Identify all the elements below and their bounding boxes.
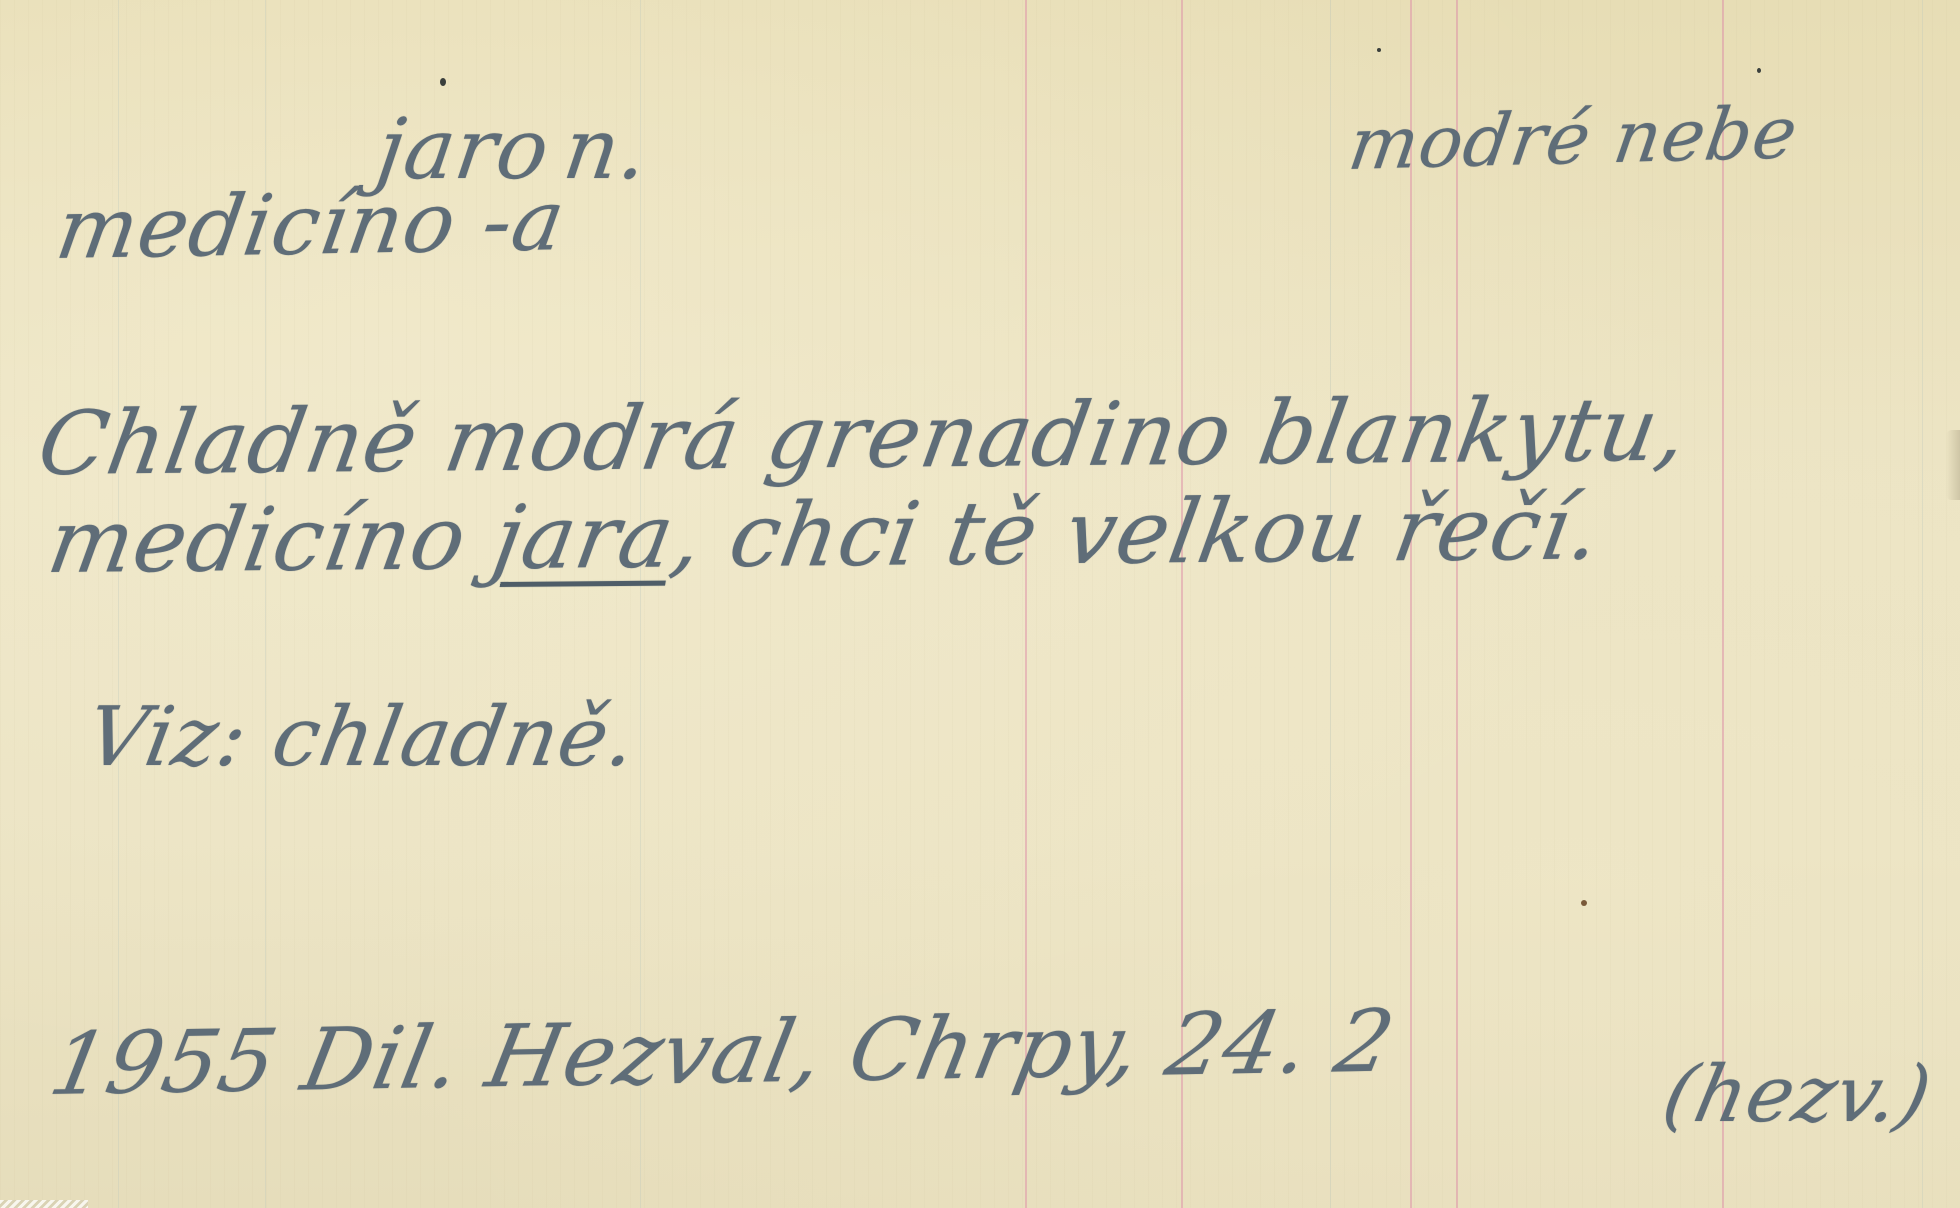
grammar-label: n. bbox=[558, 100, 655, 198]
underlined-headword: jara bbox=[486, 485, 682, 590]
quotation-line-2: medicíno jara, chci tě velkou řečí. bbox=[41, 476, 1608, 593]
collocation: modré nebe bbox=[1344, 90, 1804, 186]
ink-speck bbox=[1377, 48, 1381, 52]
ink-speck bbox=[1581, 900, 1587, 906]
variant-form: medicíno -a bbox=[50, 171, 572, 278]
card-edge-notch bbox=[1946, 430, 1960, 500]
author-abbreviation: (hezv.) bbox=[1655, 1050, 1939, 1140]
source-citation: 1955 Dil. Hezval, Chrpy, 24. 2 bbox=[42, 992, 1402, 1115]
ruled-line bbox=[1722, 0, 1724, 1208]
see-also-reference: Viz: chladně. bbox=[80, 690, 644, 785]
ink-speck bbox=[440, 78, 446, 86]
quotation-text: , chci tě velkou řečí. bbox=[665, 476, 1609, 587]
quotation-text: medicíno bbox=[41, 486, 503, 593]
card-corner bbox=[0, 1200, 88, 1208]
index-card: jaro n. medicíno -a modré nebe Chladně m… bbox=[0, 0, 1960, 1208]
ruled-line bbox=[1922, 0, 1923, 1208]
ink-speck bbox=[1757, 68, 1761, 73]
